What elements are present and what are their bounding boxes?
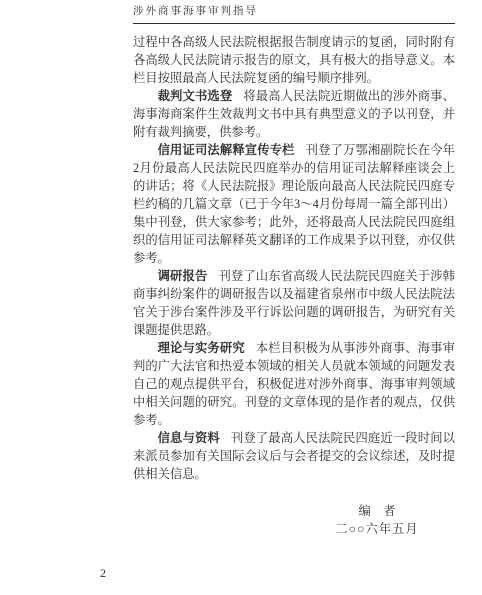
section-head: 理论与实务研究 xyxy=(158,341,245,355)
section-paragraph: 信息与资料刊登了最高人民法院民四庭近一段时间以来派员参加有关国际会议后与会者提交… xyxy=(133,429,455,483)
intro-paragraph: 过程中各高级人民法院根据报告制度请示的复函，同时附有各高级人民法院请示报告的原文… xyxy=(133,33,455,87)
section-head: 信用证司法解释宣传专栏 xyxy=(158,143,295,157)
body-text: 过程中各高级人民法院根据报告制度请示的复函，同时附有各高级人民法院请示报告的原文… xyxy=(133,33,455,538)
section-head: 裁判文书选登 xyxy=(158,89,233,103)
section-paragraph: 理论与实务研究本栏目积极为从事涉外商事、海事审判的广大法官和热爱本领域的相关人员… xyxy=(133,339,455,429)
signature-block: 编 者 二○○六年五月 xyxy=(325,502,429,538)
document-page: 涉外商事海事审判指导 过程中各高级人民法院根据报告制度请示的复函，同时附有各高级… xyxy=(0,0,482,595)
running-header-title: 涉外商事海事审判指导 xyxy=(133,6,258,17)
page-number: 2 xyxy=(100,566,106,580)
running-header: 涉外商事海事审判指导 xyxy=(133,5,455,24)
section-paragraph: 调研报告刊登了山东省高级人民法院民四庭关于涉韩商事纠纷案件的调研报告以及福建省泉… xyxy=(133,267,455,339)
text-column: 涉外商事海事审判指导 过程中各高级人民法院根据报告制度请示的复函，同时附有各高级… xyxy=(133,5,455,538)
section-paragraph: 裁判文书选登将最高人民法院近期做出的涉外商事、海事海商案件生效裁判文书中具有典型… xyxy=(133,87,455,141)
section-body: 刊登了万鄂湘副院长在今年2月份最高人民法院民四庭举办的信用证司法解释座谈会上的讲… xyxy=(133,143,455,265)
section-head: 调研报告 xyxy=(158,269,208,283)
section-head: 信息与资料 xyxy=(158,431,220,445)
section-paragraph: 信用证司法解释宣传专栏刊登了万鄂湘副院长在今年2月份最高人民法院民四庭举办的信用… xyxy=(133,141,455,267)
signature-date: 二○○六年五月 xyxy=(325,520,429,538)
signature-author: 编 者 xyxy=(325,502,429,520)
